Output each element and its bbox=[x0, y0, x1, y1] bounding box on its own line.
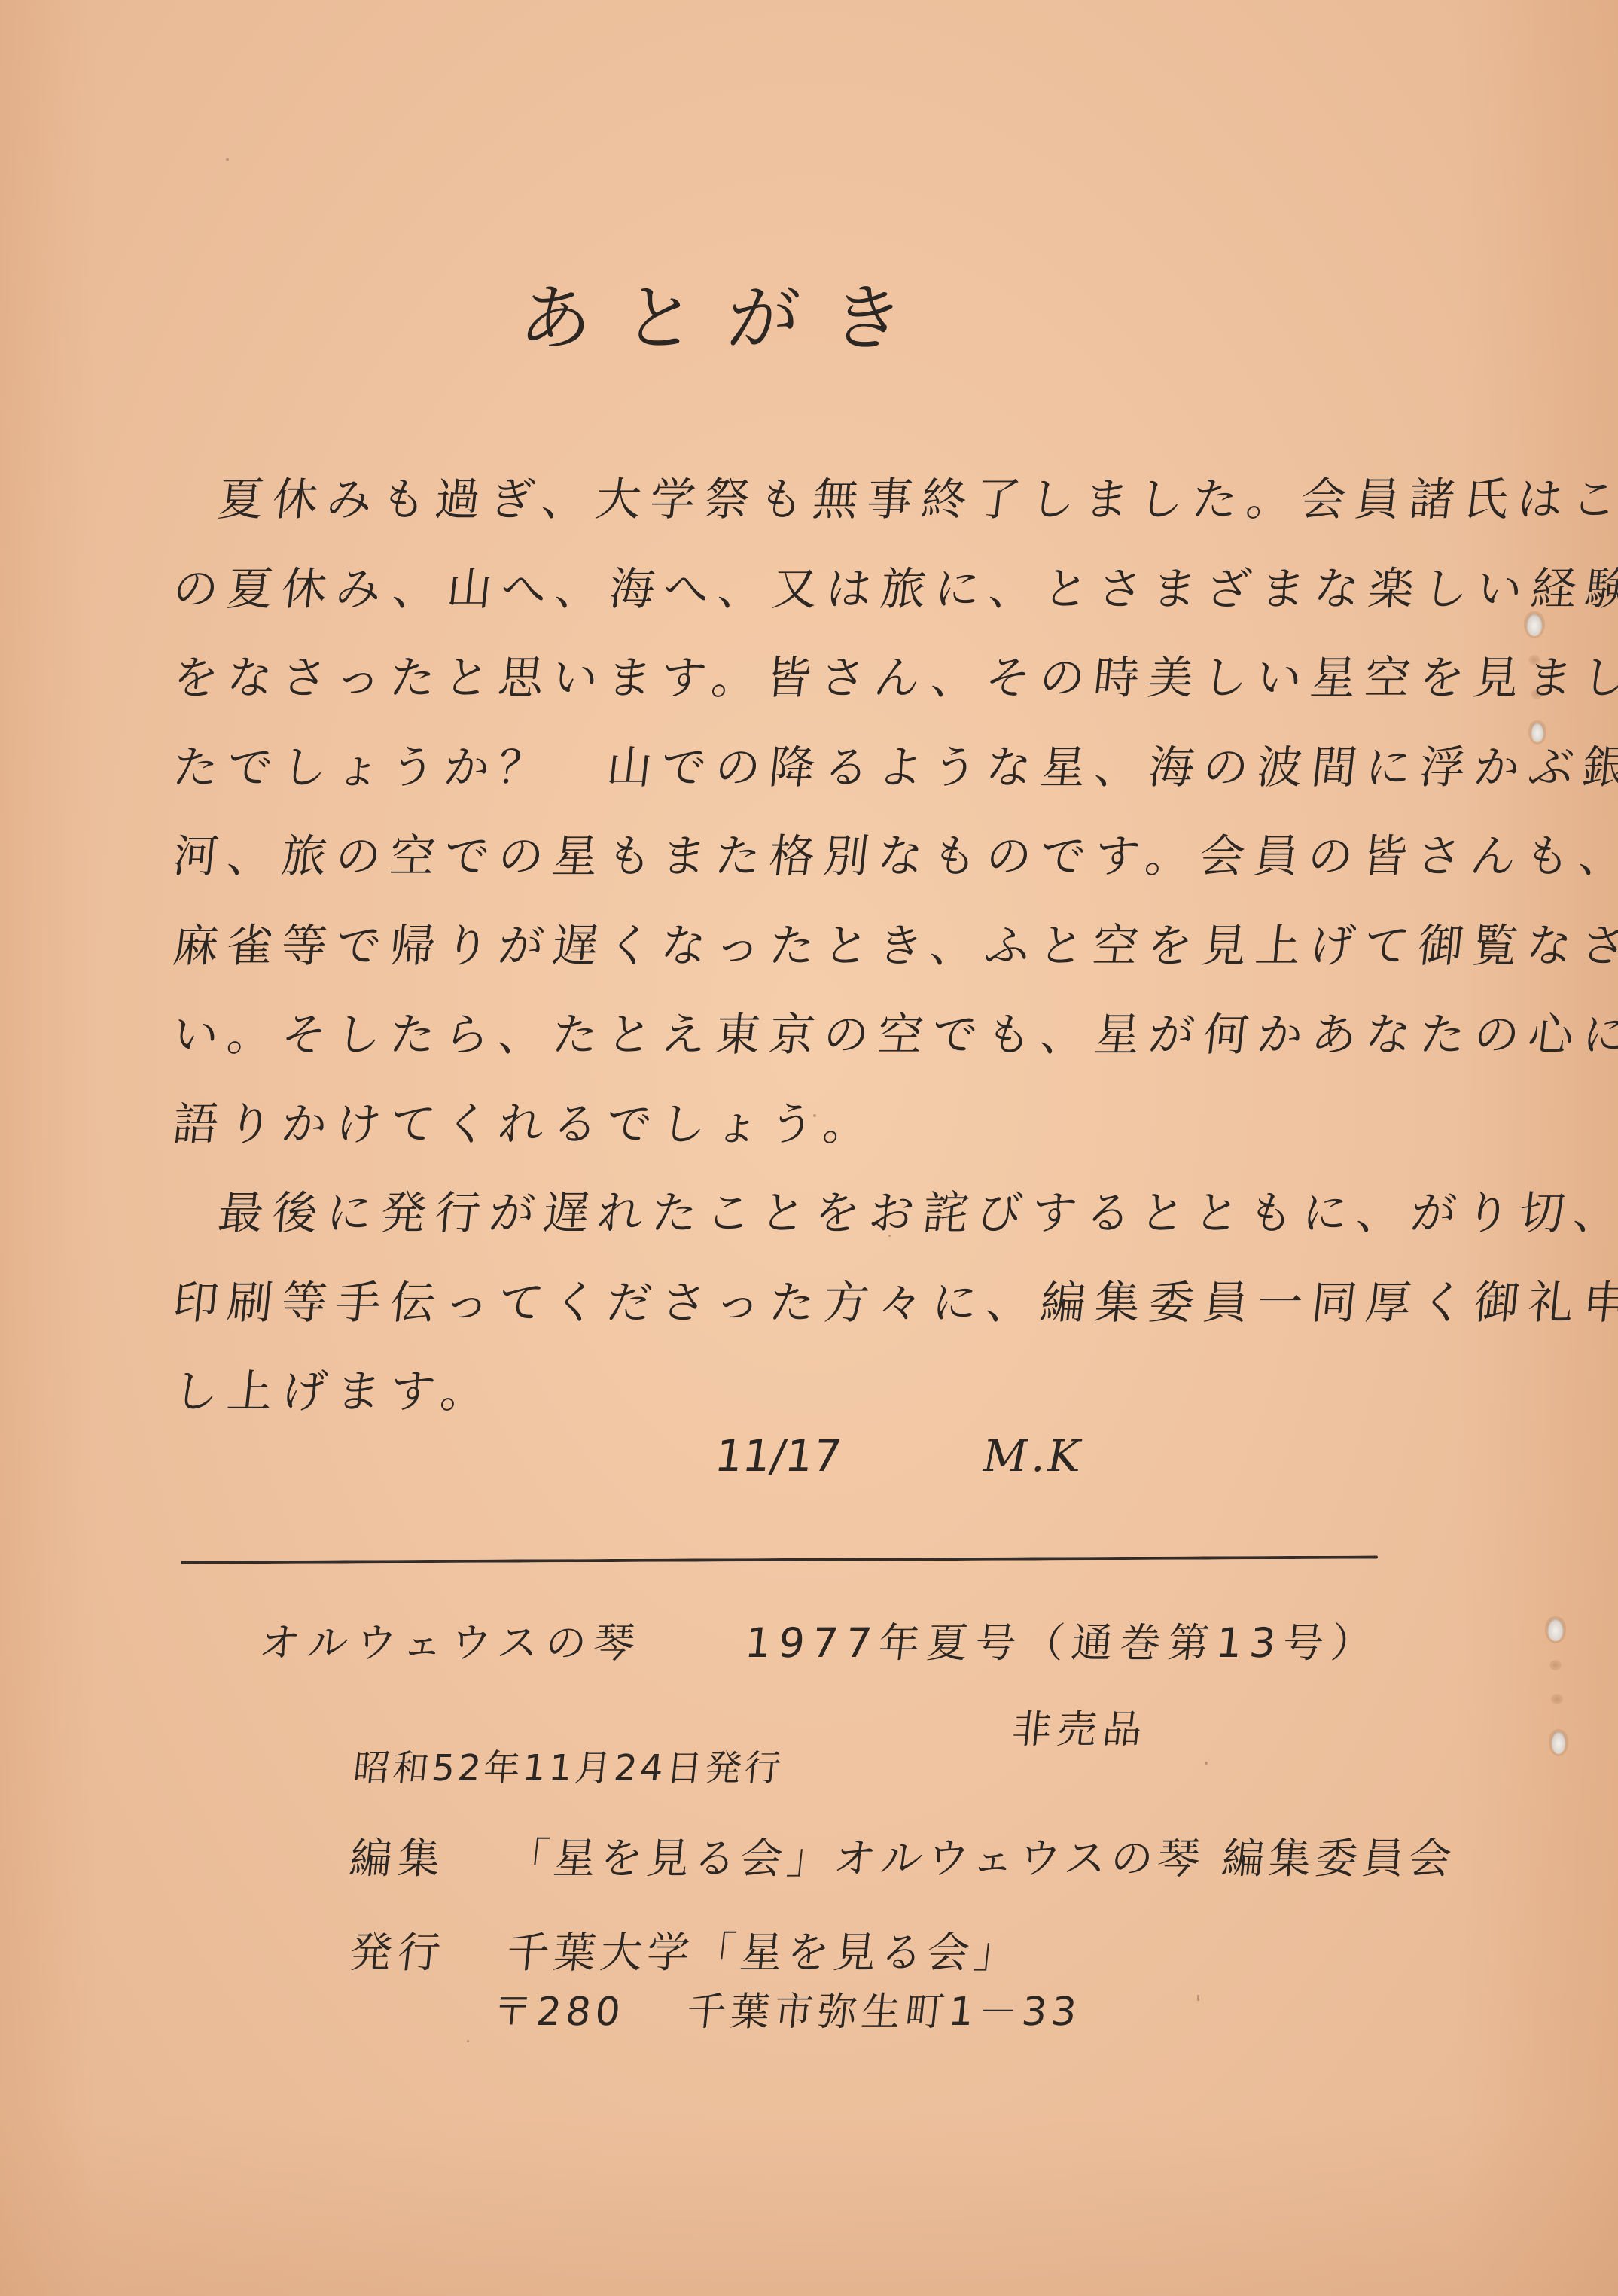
body-line: たでしょうか？ 山での降るような星、海の波間に浮かぶ銀 bbox=[169, 723, 1412, 813]
binding-hole bbox=[1526, 614, 1543, 636]
binding-hole bbox=[1551, 1731, 1566, 1754]
publisher-label: 発行 bbox=[347, 1920, 492, 1980]
body-line: い。そしたら、たとえ東京の空でも、星が何かあなたの心に bbox=[169, 991, 1412, 1080]
binding-dent bbox=[1551, 1694, 1563, 1704]
issue-info: 1977年夏号（通巻第13号） bbox=[743, 1619, 1382, 1667]
signoff-date: 11/17 bbox=[712, 1434, 844, 1478]
body-line: 河、旅の空での星もまた格別なものです。会員の皆さんも、 bbox=[169, 812, 1412, 902]
editor-value: 「星を見る会」オルウェウスの琴 編集委員会 bbox=[504, 1835, 1458, 1883]
body-line: 語りかけてくれるでしょう。 bbox=[169, 1080, 1412, 1170]
publication-title-line: オルウェウスの琴 1977年夏号（通巻第13号） bbox=[257, 1611, 1383, 1669]
body-line: し上げます。 bbox=[169, 1347, 1412, 1437]
paper-speck bbox=[467, 2040, 469, 2042]
body-line: の夏休み、山へ、海へ、又は旅に、とさまざまな楽しい経験 bbox=[169, 545, 1412, 635]
publication-date: 昭和52年11月24日発行 bbox=[351, 1739, 787, 1791]
body-line: 最後に発行が遅れたことをお詫びするとともに、がり切、 bbox=[169, 1169, 1412, 1259]
address-value: 千葉市弥生町1－33 bbox=[684, 1990, 1083, 2035]
editor-line: 編集 「星を見る会」オルウェウスの琴 編集委員会 bbox=[347, 1826, 1459, 1886]
binding-dent bbox=[1549, 1660, 1562, 1670]
publication-name: オルウェウスの琴 bbox=[257, 1619, 644, 1667]
page-title: あとがき bbox=[517, 282, 938, 355]
address-line: 〒280 千葉市弥生町1－33 bbox=[490, 1980, 1084, 2036]
paper-speck bbox=[226, 158, 229, 161]
body-line: 夏休みも過ぎ、大学祭も無事終了しました。会員諸氏はこ bbox=[169, 455, 1412, 545]
signoff: 11/17 M.K bbox=[715, 1434, 1083, 1478]
paper-speck bbox=[1205, 1762, 1208, 1765]
publisher-value: 千葉大学「星を見る会」 bbox=[504, 1929, 1023, 1978]
publisher-line: 発行 千葉大学「星を見る会」 bbox=[347, 1920, 1024, 1980]
not-for-sale-label: 非売品 bbox=[1010, 1698, 1151, 1754]
afterword-body: 夏休みも過ぎ、大学祭も無事終了しました。会員諸氏はこ の夏休み、山へ、海へ、又は… bbox=[173, 455, 1408, 1437]
body-line: 麻雀等で帰りが遅くなったとき、ふと空を見上げて御覧なさ bbox=[169, 902, 1412, 991]
postal-code: 〒280 bbox=[490, 1990, 627, 2035]
editor-label: 編集 bbox=[347, 1826, 492, 1886]
binding-hole bbox=[1547, 1618, 1564, 1641]
binding-hole bbox=[1531, 723, 1544, 742]
body-line: をなさったと思います。皆さん、その時美しい星空を見まし bbox=[169, 634, 1412, 723]
body-line: 印刷等手伝ってくださった方々に、編集委員一同厚く御礼申 bbox=[169, 1259, 1412, 1348]
signoff-initials: M.K bbox=[983, 1434, 1083, 1478]
paper-speck bbox=[1197, 1995, 1199, 2001]
